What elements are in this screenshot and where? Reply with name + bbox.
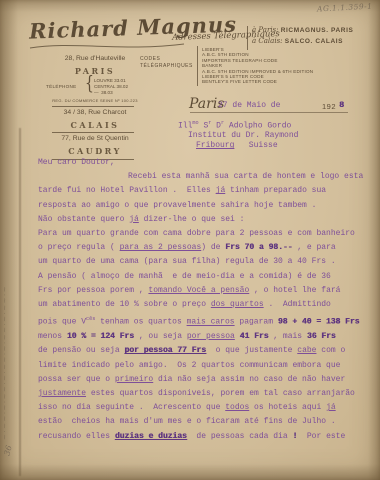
text-segment: D — [211, 122, 221, 131]
text-segment: , mais — [268, 332, 306, 341]
text-segment: justamente — [38, 389, 86, 398]
dateline-rule — [190, 112, 348, 113]
text-segment: o preço regula ( — [38, 243, 120, 252]
text-segment: Recebi esta manhã sua carta de hontem e … — [128, 172, 363, 181]
text-segment: Institut du Dr. Raymond — [188, 131, 298, 140]
text-segment: Ill — [178, 122, 192, 131]
text-segment: cês — [86, 316, 95, 322]
text-segment: estes quartos disponiveis, porem em tal … — [86, 389, 355, 398]
commerce-registry-line: REG. DU COMMERCE SEINE Nº 100.223 — [32, 98, 158, 103]
text-segment: BANKER — [202, 63, 222, 68]
telegraph-addresses: à Paris: RICMAGNUS. PARISà Calais: SALCO… — [252, 25, 353, 47]
text-segment: Fribourg — [196, 141, 234, 150]
signature-flourish — [28, 40, 188, 52]
body-line: isso no dia seguinte . Acrescento que to… — [36, 401, 363, 415]
text-segment: cabe — [297, 346, 316, 355]
text-segment: tinham preparado sua — [225, 186, 326, 195]
text-segment: — 38.03 — [94, 90, 113, 95]
margin-annotation: ~·~~·~·~~·~·~~·~·~~·~·~~·~ — [1, 170, 9, 440]
text-segment: os hoteis aqui — [249, 403, 326, 412]
calais-street-address: 34 / 38, Rue Charcot — [40, 109, 150, 116]
scan-fold-shadow — [19, 128, 21, 476]
text-segment: já — [216, 186, 226, 195]
addressee-line: Institut du Dr. Raymond — [178, 131, 298, 141]
text-segment: 36 Frs — [307, 332, 336, 341]
archive-number-annotation: AG.1.1.359-1 — [316, 2, 372, 14]
text-segment: S — [199, 122, 209, 131]
text-segment: tenham os quartos — [95, 318, 186, 327]
addressee-block: Illmo Sr Dr Adolpho GordoInstitut du Dr.… — [178, 119, 298, 151]
body-line: o preço regula ( para as 2 pessoas) de F… — [36, 241, 363, 255]
text-segment: com o — [316, 346, 345, 355]
text-segment: possa ser que o — [38, 375, 115, 384]
text-segment: já — [129, 215, 139, 224]
text-segment: LIEBER'S — [202, 47, 224, 52]
body-line: recusando elles duzias e duzias de pesso… — [36, 430, 363, 444]
telegraph-address-row: à Paris: RICMAGNUS. PARIS — [252, 25, 353, 36]
text-segment: duzias e duzias — [115, 432, 187, 441]
text-segment: tarde fui no Hotel Pavillon . Elles — [38, 186, 216, 195]
calais-city-label: CALAIS — [40, 120, 150, 130]
telegraph-code: RICMAGNUS. PARIS — [281, 27, 354, 34]
text-segment: LOUVRE 33.01 — [94, 78, 126, 83]
text-segment: menos — [38, 332, 67, 341]
text-segment: , o hotel lhe fará — [249, 286, 340, 295]
text-segment: dizer-lhe o que sei : — [139, 215, 245, 224]
text-segment: dos quartos — [211, 300, 264, 309]
text-segment: BENTLEY'S FIVE LETTER CODE — [202, 79, 277, 84]
text-segment: Não obstante quero — [38, 215, 129, 224]
body-line: tarde fui no Hotel Pavillon . Elles já t… — [36, 184, 363, 198]
text-segment: , e para — [292, 243, 335, 252]
addressee-line: Illmo Sr Dr Adolpho Gordo — [178, 119, 298, 131]
text-segment: A pensão ( almoço de manhã e de meio-dia… — [38, 272, 331, 281]
paris-street-address: 28, Rue d'Hauteville — [40, 55, 150, 62]
body-line: um quarto de uma cama (para sua filha) r… — [36, 255, 363, 269]
text-segment: pois que V — [38, 318, 86, 327]
body-line: pois que Vcês tenham os quartos mais car… — [36, 312, 363, 330]
text-segment: Frs 70 a 98.-- — [225, 243, 292, 252]
text-segment: Meu caro Doutor, — [38, 158, 115, 167]
text-segment: CENTRAL 38.02 — [94, 84, 128, 89]
codes-label-line1: CODES — [140, 56, 160, 62]
telephone-brace: { — [85, 74, 94, 95]
body-line: de pensão ou seja por pessoa 77 Frs o qu… — [36, 344, 363, 358]
text-segment: LIEBER'S 5 LETTER CODE — [202, 74, 264, 79]
body-line: estão cheios ha mais d'um mes e o ficara… — [36, 415, 363, 429]
text-segment: , ou seja — [134, 332, 187, 341]
text-segment: por pessoa 77 Frs — [124, 346, 206, 355]
dateline-typed-date: 27 de Maio de — [218, 101, 280, 110]
text-segment: resposta ao amigo o que provavelmente sa… — [38, 201, 316, 210]
text-segment: Para um quarto grande com cama dobre par… — [38, 229, 355, 238]
body-line: possa ser que o primeiro dia não seja as… — [36, 373, 363, 387]
dateline-printed-year: 192 — [322, 102, 336, 111]
dateline-typed-year-digit: 8 — [339, 100, 344, 110]
text-segment: por pessoa — [187, 332, 235, 341]
caudry-city-label: CAUDRY — [40, 146, 150, 156]
text-segment: de pensão ou seja — [38, 346, 124, 355]
text-segment: IMPORTERS TELEGRAPH CODE — [202, 58, 278, 63]
text-segment: Suisse — [234, 141, 277, 150]
text-segment: de pessoas cada dia — [187, 432, 293, 441]
text-segment: o que justamente — [206, 346, 297, 355]
telephone-number: — 38.03 — [94, 90, 128, 96]
telegraph-code: SALCO. CALAIS — [285, 38, 343, 45]
text-segment: pagaram — [235, 318, 278, 327]
text-segment: isso no dia seguinte . Acrescento que — [38, 403, 225, 412]
text-segment: tomando Você a pensão — [148, 286, 249, 295]
text-segment: para as 2 pessoas — [120, 243, 202, 252]
text-segment: um abatimento de 10 % sobre o preço — [38, 300, 211, 309]
body-line: resposta ao amigo o que provavelmente sa… — [36, 199, 363, 213]
text-segment: dia não seja assim no caso de não haver — [153, 375, 345, 384]
body-line: Para um quarto grande com cama dobre par… — [36, 227, 363, 241]
text-segment: Adolpho Gordo — [224, 122, 291, 131]
telephone-numbers: LOUVRE 33.01CENTRAL 38.02— 38.03 — [94, 78, 128, 96]
codes-divider-rule — [197, 46, 198, 86]
addressee-line: Fribourg Suisse — [178, 141, 298, 151]
text-segment: ) de — [201, 243, 225, 252]
text-segment: 98 + 40 = 138 Frs — [278, 318, 360, 327]
text-segment: primeiro — [115, 375, 153, 384]
codes-label-line2: TÉLÉGRAPHIQUES — [140, 63, 193, 69]
body-line: um abatimento de 10 % sobre o preço dos … — [36, 298, 363, 312]
body-line: Não obstante quero já dizer-lhe o que se… — [36, 213, 363, 227]
letterhead-divider — [52, 106, 134, 107]
text-segment: 41 Frs — [240, 332, 269, 341]
telegraph-code-item: BENTLEY'S FIVE LETTER CODE — [202, 79, 313, 84]
text-segment: Por este — [297, 432, 345, 441]
telegraph-place: à Calais: — [252, 37, 285, 45]
paris-city-label: PARIS — [40, 66, 150, 76]
text-segment: um quarto de uma cama (para sua filha) r… — [38, 257, 336, 266]
corner-annotation: 36 — [2, 444, 13, 456]
body-line: menos 10 % = 124 Frs , ou seja por pesso… — [36, 330, 363, 344]
text-segment: mais caros — [187, 318, 235, 327]
text-segment: A.B.C. 5TH EDITION IMPROVED & 6TH EDITIO… — [202, 69, 313, 74]
telephone-label: TÉLÉPHONE — [46, 84, 77, 90]
body-line: limite indicado pelo amigo. Os 2 quartos… — [36, 359, 363, 373]
caudry-street-address: 77, Rue de St Quentin — [40, 135, 150, 142]
body-line: A pensão ( almoço de manhã e de meio-dia… — [36, 270, 363, 284]
telegraph-address-row: à Calais: SALCO. CALAIS — [252, 36, 353, 47]
text-segment: Frs por pessoa porem , — [38, 286, 148, 295]
text-segment: estão cheios ha mais d'um mes e o ficara… — [38, 417, 336, 426]
text-segment: todos — [225, 403, 249, 412]
telegraph-divider-rule — [247, 26, 248, 50]
body-line: justamente estes quartos disponiveis, po… — [36, 387, 363, 401]
text-segment: recusando elles — [38, 432, 115, 441]
text-segment: limite indicado pelo amigo. Os 2 quartos… — [38, 361, 340, 370]
scanned-letter-page: AG.1.1.359-1 Richard Magnus 28, Rue d'Ha… — [0, 0, 380, 480]
letterhead-divider — [52, 132, 134, 133]
body-line: Frs por pessoa porem , tomando Você a pe… — [36, 284, 363, 298]
telegraph-place: à Paris: — [252, 26, 281, 34]
body-line: Recebi esta manhã sua carta de hontem e … — [36, 170, 363, 184]
text-segment: . Admittindo — [264, 300, 331, 309]
text-segment: já — [326, 403, 336, 412]
body-line: Meu caro Doutor, — [36, 156, 363, 170]
text-segment: A.B.C. 5TH EDITION — [202, 52, 249, 57]
letter-body: Meu caro Doutor,Recebi esta manhã sua ca… — [36, 156, 363, 444]
text-segment: 10 % = 124 Frs — [67, 332, 134, 341]
telegraph-codes-list: LIEBER'SA.B.C. 5TH EDITIONIMPORTERS TELE… — [202, 47, 313, 85]
